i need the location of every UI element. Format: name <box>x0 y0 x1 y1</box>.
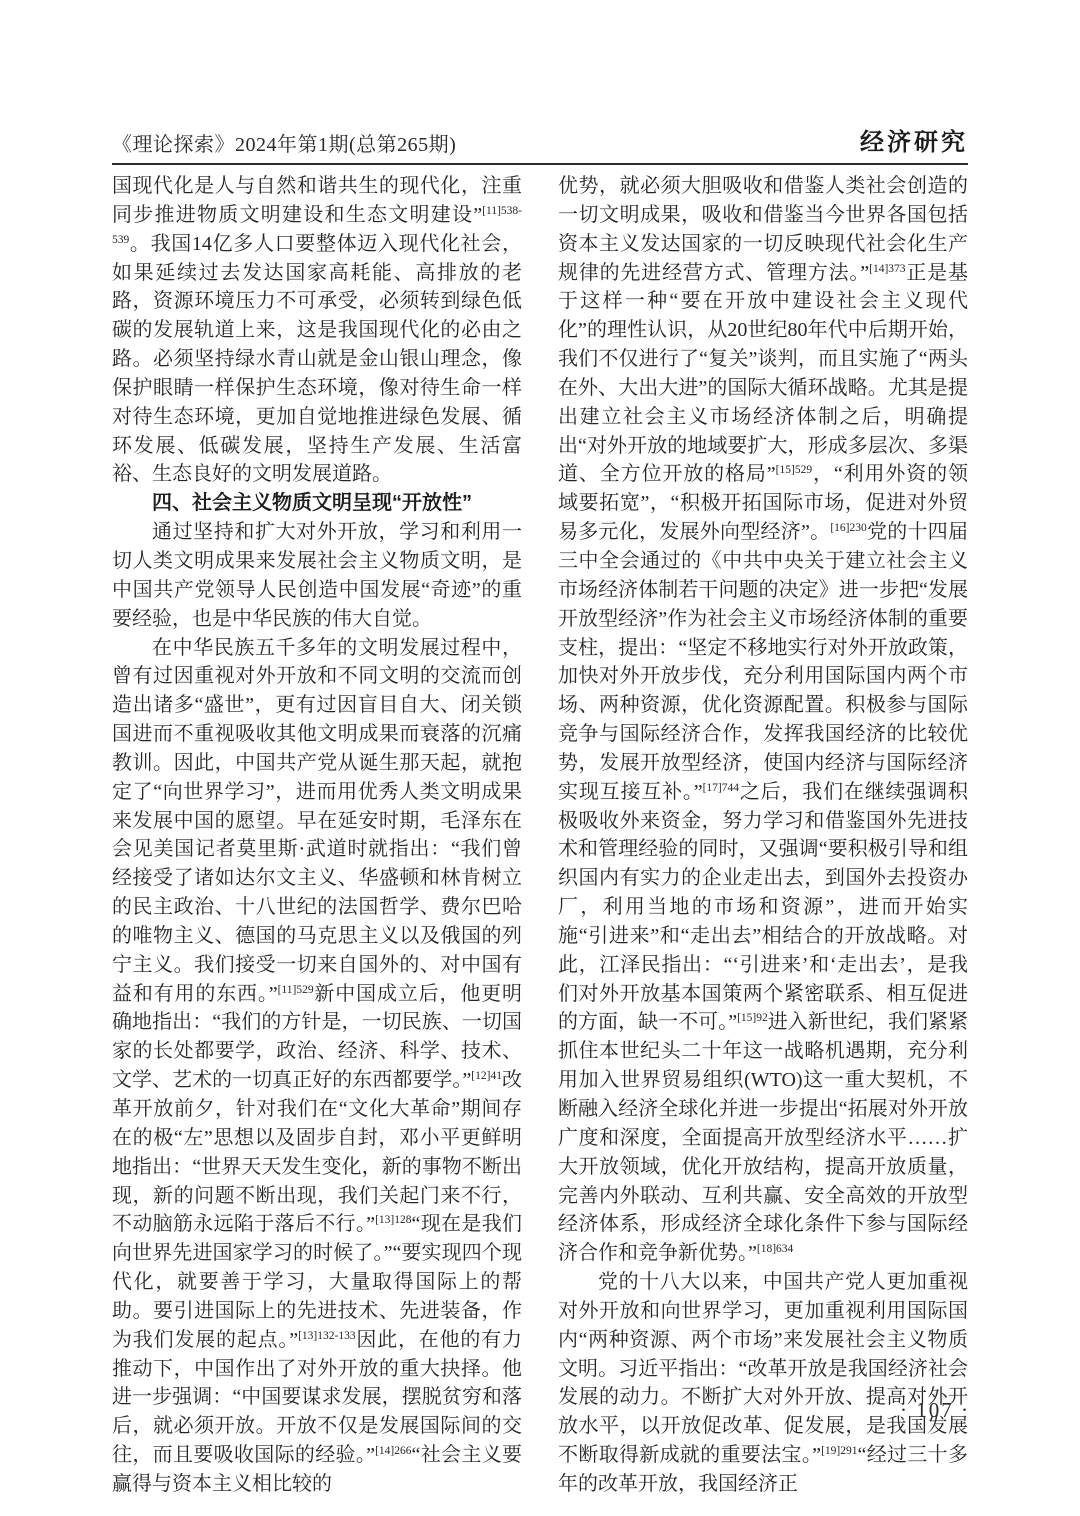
journal-issue-info: 《理论探索》2024年第1期(总第265期) <box>112 128 456 157</box>
citation-superscript: [15]529 <box>776 464 812 476</box>
citation-superscript: [18]634 <box>757 1243 793 1255</box>
citation-superscript: [17]744 <box>703 782 739 794</box>
paragraph: 通过坚持和扩大对外开放，学习和利用一切人类文明成果来发展社会主义物质文明，是中国… <box>112 518 522 633</box>
citation-superscript: [14]373 <box>869 263 905 275</box>
paragraph: 在中华民族五千多年的文明发展过程中，曾有过因重视对外开放和不同文明的交流而创造出… <box>112 634 522 1499</box>
citation-superscript: [19]291 <box>821 1445 857 1457</box>
right-column: 优势，就必须大胆吸收和借鉴人类社会创造的一切文明成果，吸收和借鉴当今世界各国包括… <box>558 172 968 1499</box>
paragraph-continued: 国现代化是人与自然和谐共生的现代化，注重同步推进物质文明建设和生态文明建设”[1… <box>112 172 522 489</box>
citation-superscript: [11]538-539 <box>112 205 522 246</box>
citation-superscript: [11]529 <box>278 984 314 996</box>
journal-page: 《理论探索》2024年第1期(总第265期) 经济研究 国现代化是人与自然和谐共… <box>0 0 1080 1516</box>
left-column: 国现代化是人与自然和谐共生的现代化，注重同步推进物质文明建设和生态文明建设”[1… <box>112 172 522 1499</box>
paragraph: 党的十八大以来，中国共产党人更加重视对外开放和向世界学习，更加重视利用国际国内“… <box>558 1268 968 1499</box>
article-body: 国现代化是人与自然和谐共生的现代化，注重同步推进物质文明建设和生态文明建设”[1… <box>112 172 968 1499</box>
page-number: · 107 · <box>900 1398 970 1423</box>
paragraph-continued: 优势，就必须大胆吸收和借鉴人类社会创造的一切文明成果，吸收和借鉴当今世界各国包括… <box>558 172 968 1268</box>
citation-superscript: [13]132-133 <box>298 1330 356 1342</box>
citation-superscript: [16]230 <box>830 522 866 534</box>
citation-superscript: [13]128 <box>375 1214 411 1226</box>
page-header: 《理论探索》2024年第1期(总第265期) 经济研究 <box>112 122 968 165</box>
section-heading: 四、社会主义物质文明呈现“开放性” <box>112 489 522 518</box>
citation-superscript: [12]41 <box>471 1070 502 1082</box>
citation-superscript: [14]266 <box>375 1445 411 1457</box>
journal-section-title: 经济研究 <box>860 122 968 157</box>
citation-superscript: [15]92 <box>737 1012 768 1024</box>
